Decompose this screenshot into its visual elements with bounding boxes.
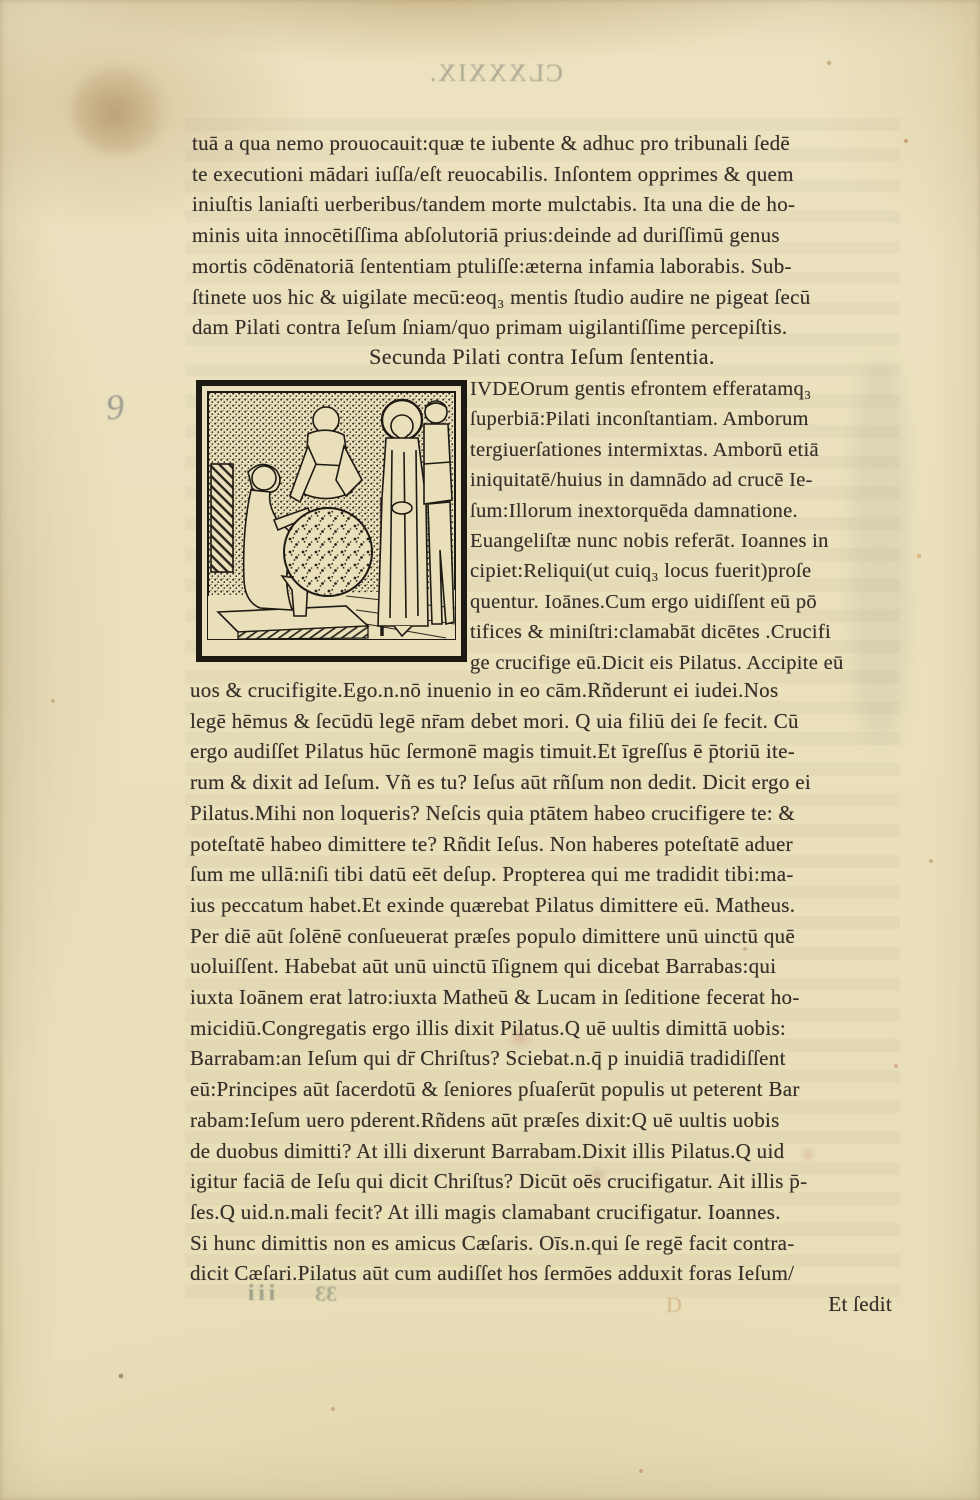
- text-line: cipiet:Reliqui(ut cuiq₃ locus fuerit)pro…: [470, 556, 893, 586]
- side-column: IVDEOrum gentis efrontem efferatamq₃ſupe…: [470, 374, 893, 678]
- text-line: de duobus dimitti? At illi dixerunt Barr…: [190, 1136, 892, 1167]
- text-line: tifices & miniſtri:clamabāt dicētes .Cru…: [470, 617, 893, 647]
- text-line: uos & crucifigite.Ego.n.nō inuenio in eo…: [190, 675, 892, 706]
- text-line: ſum me ullā:niſi tibi datū eēt deſup. Pr…: [190, 859, 892, 890]
- text-line: Pilatus.Mihi non loqueris? Neſcis quia p…: [190, 798, 892, 829]
- text-line: dicit Cæſari.Pilatus aūt cum audiſſet ho…: [190, 1258, 892, 1289]
- text-line: tergiuerſationes intermixtas. Amborū eti…: [470, 435, 893, 465]
- text-line: quentur. Ioānes.Cum ergo uidiſſent eū pō: [470, 587, 893, 617]
- ghost-letter: D: [666, 1292, 682, 1318]
- text-line: minis uita innocētiſſima abſolutoriā pri…: [192, 220, 892, 251]
- text-line: Barrabam:an Ieſum qui dr̄ Chriſtus? Scie…: [190, 1043, 892, 1074]
- text-line: tuā a qua nemo prouocauit:quæ te iubente…: [192, 128, 892, 159]
- paper-stain: [72, 66, 168, 154]
- text-line: ergo audiſſet Pilatus hūc ſermonē magis …: [190, 736, 892, 767]
- text-line: dam Pilati contra Ieſum ſniam/quo primam…: [192, 312, 892, 343]
- text-line: iuxta Ioānem erat latro:iuxta Matheū & L…: [190, 982, 892, 1013]
- text-line: ſuperbiā:Pilati inconſtantiam. Amborum: [470, 404, 893, 434]
- text-line: poteſtatē habeo dimittere te? Rñdit Ieſu…: [190, 829, 892, 860]
- text-line: rabam:Ieſum uero pderent.Rñdens aūt præſ…: [190, 1105, 892, 1136]
- text-line: ſes.Q uid.n.mali fecit? At illi magis cl…: [190, 1197, 892, 1228]
- text-line: iniquitatē/huius in damnādo ad crucē Ie-: [470, 465, 893, 495]
- signature-mark: iii: [248, 1280, 279, 1306]
- folio-number-ghost: CLXXXIX.: [428, 60, 563, 88]
- text-line: IVDEOrum gentis efrontem efferatamq₃: [470, 374, 893, 404]
- text-line: ſum:Illorum inextorquēda damnatione.: [470, 496, 893, 526]
- text-line: ius peccatum habet.Et exinde quærebat Pi…: [190, 890, 892, 921]
- text-line: Per diē aūt ſolēnē conſueuerat præſes po…: [190, 921, 892, 952]
- catchword: Et ſedit: [190, 1292, 892, 1317]
- woodcut-illustration: [196, 380, 467, 663]
- text-line: Euangeliſtæ nunc nobis referāt. Ioannes …: [470, 526, 893, 556]
- text-line: eū:Principes aūt ſacerdotū & ſeniores pſ…: [190, 1074, 892, 1105]
- signature-mark-ghost: 33: [315, 1281, 337, 1307]
- text-line: uoluiſſent. Habebat aūt unū uinctū īſign…: [190, 951, 892, 982]
- section-heading: Secunda Pilati contra Ieſum ſententia.: [192, 344, 892, 370]
- text-line: rum & dixit ad Ieſum. Vñ es tu? Ieſus aū…: [190, 767, 892, 798]
- text-line: te executioni mādari iuſſa/eſt reuocabil…: [192, 159, 892, 190]
- intro-paragraph: tuā a qua nemo prouocauit:quæ te iubente…: [192, 128, 892, 343]
- text-line: ge crucifige eū.Dicit eis Pilatus. Accip…: [470, 648, 893, 678]
- text-line: mortis cōdēnatoriā ſententiam ptuliſſe:æ…: [192, 251, 892, 282]
- text-line: legē hēmus & ſecūdū legē nr̄am debet mor…: [190, 706, 892, 737]
- text-line: Si hunc dimittis non es amicus Cæſaris. …: [190, 1228, 892, 1259]
- text-line: ſtinete uos hic & uigilate mecū:eoq₃ men…: [192, 282, 892, 313]
- body-paragraph: uos & crucifigite.Ego.n.nō inuenio in eo…: [190, 675, 892, 1289]
- book-page: CLXXXIX. 9 tuā a qua nemo prouocauit:quæ…: [0, 0, 980, 1500]
- margin-annotation: 9: [105, 385, 126, 428]
- text-line: iniuſtis laniaſti uerberibus/tandem mort…: [192, 189, 892, 220]
- text-line: igitur faciā de Ieſu qui dicit Chriſtus?…: [190, 1166, 892, 1197]
- text-line: micidiū.Congregatis ergo illis dixit Pil…: [190, 1013, 892, 1044]
- paper-specks: [0, 0, 2, 2]
